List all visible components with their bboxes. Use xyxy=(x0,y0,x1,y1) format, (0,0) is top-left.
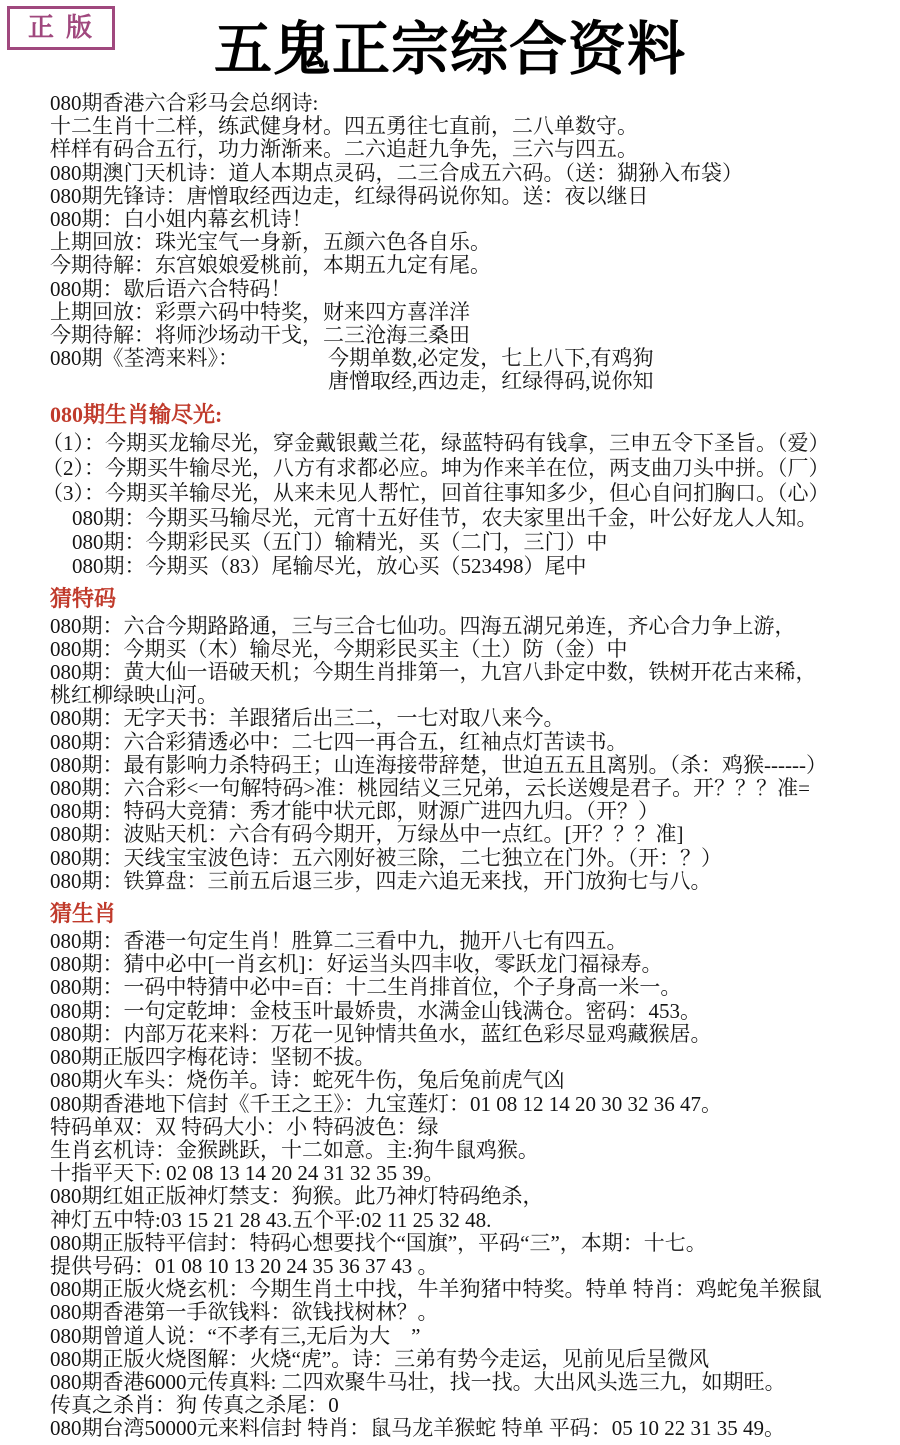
text-line: 十指平天下: 02 08 13 14 20 24 31 32 35 39。 xyxy=(50,1162,890,1185)
text-line: 080期红姐正版神灯禁支：狗猴。此乃神灯特码绝杀， xyxy=(50,1185,890,1208)
text-line: （2）：今期买牛输尽光，八方有求都必应。坤为作来羊在位，两支曲刀头中拼。（厂） xyxy=(42,456,890,481)
text-line: 080期澳门天机诗：道人本期点灵码，二三合成五六码。（送：猢狲入布袋） xyxy=(50,162,890,185)
text-line: 样样有码合五行，功力渐渐来。二六追赶九争先，三六与四五。 xyxy=(50,138,890,161)
text-line: 080期：歇后语六合特码！ xyxy=(50,278,890,301)
text-line: 传真之杀肖：狗 传真之杀尾：0 xyxy=(50,1394,890,1417)
text-line: 神灯五中特:03 15 21 28 43.五个平:02 11 25 32 48. xyxy=(50,1209,890,1232)
text-line: 080期：六合今期路路通，三与三合七仙功。四海五湖兄弟连，齐心合力争上游， xyxy=(50,615,890,638)
text-line: 080期：铁算盘：三前五后退三步，四走六追无来找，开门放狗七与八。 xyxy=(50,870,890,893)
text-line: 080期：内部万花来料：万花一见钟情共鱼水，蓝红色彩尽显鸡藏猴居。 xyxy=(50,1023,890,1046)
text-line: 今期待解：东宫娘娘爱桃前，本期五九定有尾。 xyxy=(50,254,890,277)
text-line: 080期正版四字梅花诗：坚韧不拔。 xyxy=(50,1046,890,1069)
text-line: 上期回放：彩票六码中特奖，财来四方喜洋洋 xyxy=(50,301,890,324)
text-line: 桃红柳绿映山河。 xyxy=(50,684,890,707)
text-line: 080期：特码大竞猜：秀才能中状元郎，财源广进四九归。（开？） xyxy=(50,800,890,823)
lailiao-verse-line: 今期单数,必定发，七上八下,有鸡狗 xyxy=(328,347,654,370)
text-line: 080期：白小姐内幕玄机诗！ xyxy=(50,208,890,231)
text-line: 080期：一句定乾坤：金枝玉叶最娇贵，水满金山钱满仓。密码：453。 xyxy=(50,1000,890,1023)
section-heading: 猜生肖 xyxy=(50,902,890,926)
text-line: 080期：最有影响力杀特码王；山连海接带辞楚，世迫五五且离别。（杀：鸡猴----… xyxy=(50,754,890,777)
text-line: 080期台湾50000元来料信封 特肖：鼠马龙羊猴蛇 特单 平码：05 10 2… xyxy=(50,1417,890,1440)
lailiao-verse-line: 唐憎取经,西边走，红绿得码,说你知 xyxy=(328,370,654,393)
text-line: 080期：今期买马输尽光，元宵十五好佳节，农夫家里出千金，叶公好龙人人知。 xyxy=(50,506,890,530)
tip-sheet-content: 080期香港六合彩马会总纲诗:十二生肖十二样，练武健身材。四五勇往七直前，二八单… xyxy=(0,88,900,1441)
text-line: 080期正版特平信封：特码心想要找个“国旗”，平码“三”，本期：十七。 xyxy=(50,1232,890,1255)
section-heading: 猜特码 xyxy=(50,587,890,611)
text-line: 080期曾道人说：“不孝有三,无后为大 ” xyxy=(50,1325,890,1348)
text-line: 080期香港地下信封《千王之王》：九宝莲灯：01 08 12 14 20 30 … xyxy=(50,1093,890,1116)
text-line: 080期：今期彩民买（五门）输精光，买（二门，三门）中 xyxy=(50,530,890,554)
text-line: （3）：今期买羊输尽光，从来未见人帮忙，回首往事知多少，但心自问扪胸口。（心） xyxy=(42,481,890,506)
text-line: 十二生肖十二样，练武健身材。四五勇往七直前，二八单数守。 xyxy=(50,115,890,138)
text-line: 080期香港六合彩马会总纲诗: xyxy=(50,92,890,115)
text-line: 080期：今期买（木）输尽光，今期彩民买主（土）防（金）中 xyxy=(50,638,890,661)
text-line: 080期：今期买（83）尾输尽光，放心买（523498）尾中 xyxy=(50,554,890,578)
text-line: 080期：波贴天机：六合有码今期开，万绿丛中一点红。[开？？？准] xyxy=(50,823,890,846)
text-line: （1）：今期买龙输尽光，穿金戴银戴兰花，绿蓝特码有钱拿，三申五令下圣旨。（爱） xyxy=(42,431,890,456)
text-line: 080期：六合彩猜透必中：二七四一再合五，红袖点灯苦读书。 xyxy=(50,731,890,754)
text-line: 提供号码：01 08 10 13 20 24 35 36 37 43 。 xyxy=(50,1255,890,1278)
text-line: 080期正版火烧图解：火烧“虎”。诗：三弟有势今走运，见前见后呈微风 xyxy=(50,1348,890,1371)
section-heading: 080期生肖输尽光: xyxy=(50,403,890,427)
text-line: 特码单双：双 特码大小：小 特码波色：绿 xyxy=(50,1116,890,1139)
lailiao-row: 080期《荃湾来料》：今期单数,必定发，七上八下,有鸡狗唐憎取经,西边走，红绿得… xyxy=(50,347,890,393)
text-line: 080期：天线宝宝波色诗：五六刚好被三除，二七独立在门外。（开：？） xyxy=(50,847,890,870)
text-line: 080期：黄大仙一语破天机；今期生肖排第一，九宫八卦定中数，铁树开花古来稀， xyxy=(50,661,890,684)
authentic-badge: 正版 xyxy=(7,6,115,50)
text-line: 080期：猜中必中[一肖玄机]：好运当头四丰收，零跃龙门福禄寿。 xyxy=(50,953,890,976)
text-line: 今期待解：将师沙场动干戈，二三沧海三桑田 xyxy=(50,324,890,347)
lailiao-verses: 今期单数,必定发，七上八下,有鸡狗唐憎取经,西边走，红绿得码,说你知 xyxy=(328,347,654,393)
text-line: 080期：一码中特猜中必中=百：十二生肖排首位，个子身高一米一。 xyxy=(50,976,890,999)
text-line: 080期：香港一句定生肖！胜算二三看中九，抛开八七有四五。 xyxy=(50,930,890,953)
text-line: 080期火车头：烧伤羊。诗：蛇死牛伤，兔后兔前虎气凶 xyxy=(50,1069,890,1092)
text-line: 生肖玄机诗：金猴跳跃，十二如意。主:狗牛鼠鸡猴。 xyxy=(50,1139,890,1162)
tip-sheet-page: 正版 五鬼正宗综合资料 080期香港六合彩马会总纲诗:十二生肖十二样，练武健身材… xyxy=(0,0,900,1445)
text-line: 080期：无字天书：羊跟猪后出三二，一七对取八来今。 xyxy=(50,707,890,730)
text-line: 080期正版火烧玄机：今期生肖土中找，牛羊狗猪中特奖。特单 特肖：鸡蛇兔羊猴鼠 xyxy=(50,1278,890,1301)
text-line: 080期：六合彩<一句解特码>准：桃园结义三兄弟，云长送嫂是君子。开？？？准= xyxy=(50,777,890,800)
text-line: 080期香港6000元传真料: 二四欢聚牛马壮，找一找。大出风头选三九，如期旺。 xyxy=(50,1371,890,1394)
text-line: 080期先锋诗：唐憎取经西边走，红绿得码说你知。送：夜以继日 xyxy=(50,185,890,208)
page-title: 五鬼正宗综合资料 xyxy=(0,14,900,86)
text-line: 上期回放：珠光宝气一身新，五颜六色各自乐。 xyxy=(50,231,890,254)
lailiao-label: 080期《荃湾来料》： xyxy=(50,347,328,370)
text-line: 080期香港第一手欲钱料：欲钱找树林？。 xyxy=(50,1301,890,1324)
